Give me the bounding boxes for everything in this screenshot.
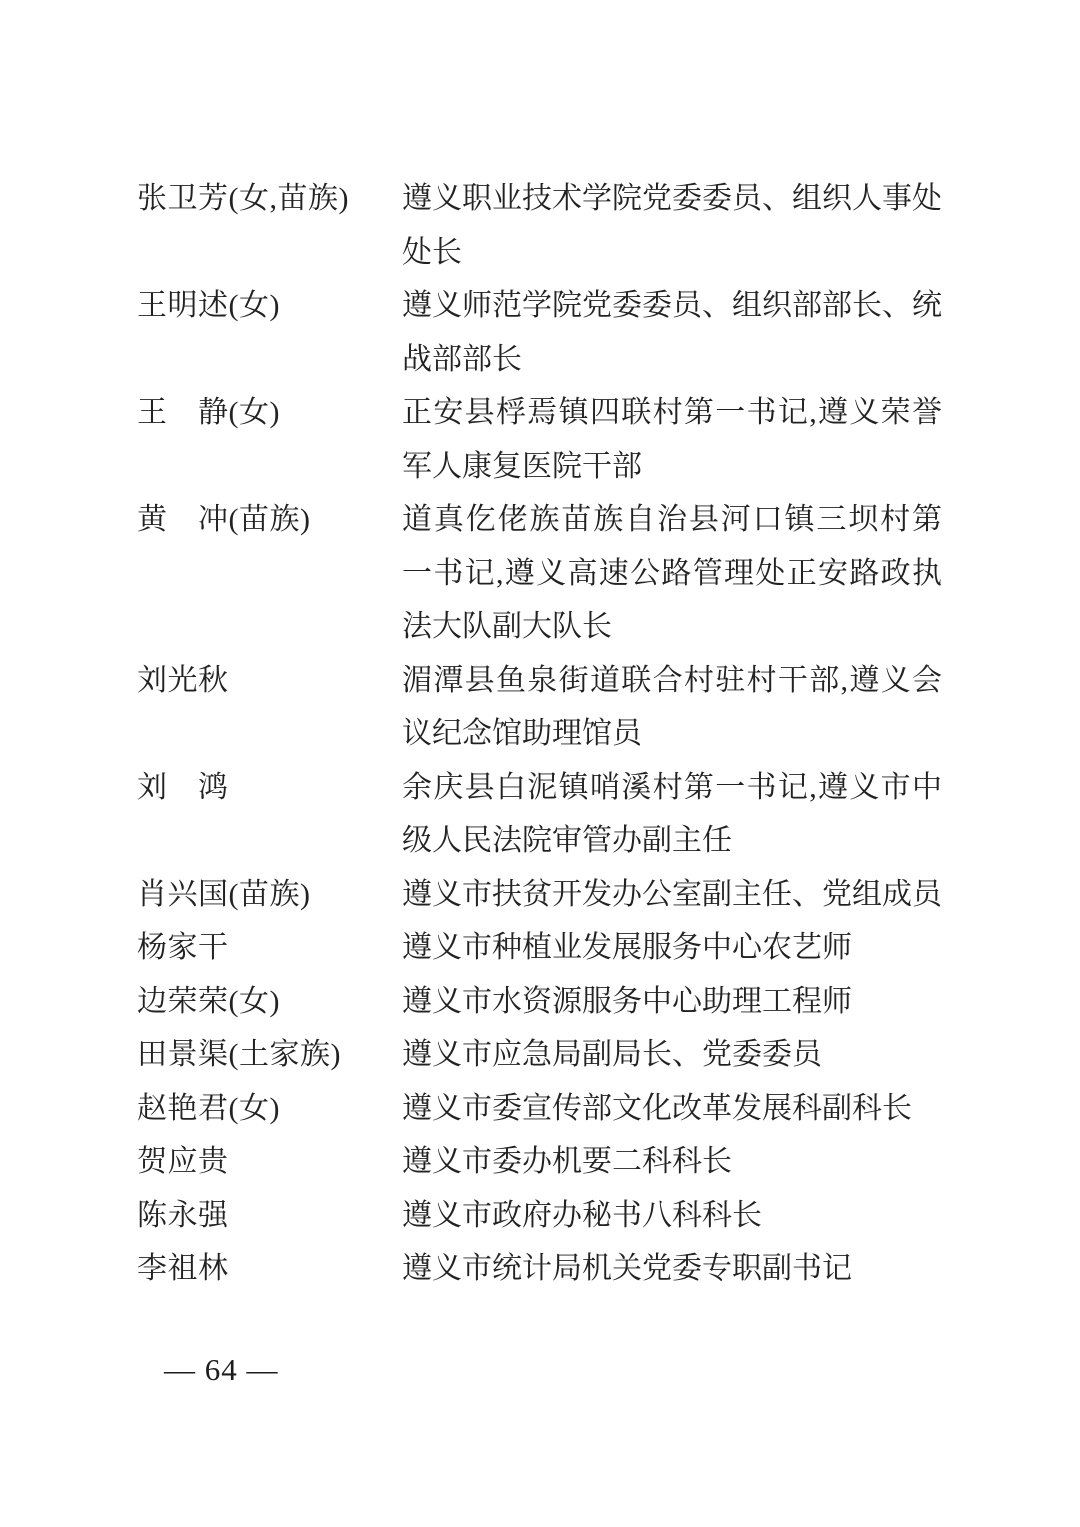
position-line: 道真仡佬族苗族自治县河口镇三坝村第: [402, 493, 942, 547]
person-position: 遵义市应急局副局长、党委委员: [402, 1028, 942, 1082]
person-position: 遵义市统计局机关党委专职副书记: [402, 1242, 942, 1296]
position-line: 遵义市统计局机关党委专职副书记: [402, 1242, 942, 1296]
list-item: 王 静(女) 正安县桴焉镇四联村第一书记,遵义荣誉军人康复医院干部: [137, 386, 943, 493]
person-position: 遵义市委办机要二科科长: [402, 1135, 942, 1189]
person-position: 遵义职业技术学院党委委员、组织人事处处长: [402, 172, 942, 279]
person-name: 赵艳君(女): [137, 1082, 402, 1136]
honoree-list: 张卫芳(女,苗族) 遵义职业技术学院党委委员、组织人事处处长 王明述(女) 遵义…: [137, 172, 943, 1296]
position-line: 遵义市应急局副局长、党委委员: [402, 1028, 942, 1082]
position-line: 遵义市委办机要二科科长: [402, 1135, 942, 1189]
person-name: 刘光秋: [137, 654, 402, 708]
list-item: 赵艳君(女) 遵义市委宣传部文化改革发展科副科长: [137, 1082, 943, 1136]
list-item: 边荣荣(女) 遵义市水资源服务中心助理工程师: [137, 975, 943, 1029]
person-name: 王 静(女): [137, 386, 402, 440]
person-position: 正安县桴焉镇四联村第一书记,遵义荣誉军人康复医院干部: [402, 386, 942, 493]
position-line: 遵义职业技术学院党委委员、组织人事处: [402, 172, 942, 226]
document-page: 张卫芳(女,苗族) 遵义职业技术学院党委委员、组织人事处处长 王明述(女) 遵义…: [137, 172, 943, 1388]
person-position: 余庆县白泥镇哨溪村第一书记,遵义市中级人民法院审管办副主任: [402, 761, 942, 868]
position-line: 遵义市种植业发展服务中心农艺师: [402, 921, 942, 975]
position-line: 遵义市政府办秘书八科科长: [402, 1189, 942, 1243]
position-line: 余庆县白泥镇哨溪村第一书记,遵义市中: [402, 761, 942, 815]
position-line: 遵义市委宣传部文化改革发展科副科长: [402, 1082, 942, 1136]
position-line: 湄潭县鱼泉街道联合村驻村干部,遵义会: [402, 654, 942, 708]
person-name: 陈永强: [137, 1189, 402, 1243]
person-name: 贺应贵: [137, 1135, 402, 1189]
person-name: 刘 鸿: [137, 761, 402, 815]
page-number: — 64 —: [164, 1352, 279, 1387]
person-position: 遵义市水资源服务中心助理工程师: [402, 975, 942, 1029]
position-line: 遵义市水资源服务中心助理工程师: [402, 975, 942, 1029]
position-line: 处长: [402, 226, 942, 280]
person-position: 遵义市种植业发展服务中心农艺师: [402, 921, 942, 975]
list-item: 黄 冲(苗族) 道真仡佬族苗族自治县河口镇三坝村第一书记,遵义高速公路管理处正安…: [137, 493, 943, 654]
person-position: 遵义市政府办秘书八科科长: [402, 1189, 942, 1243]
position-line: 议纪念馆助理馆员: [402, 707, 942, 761]
person-position: 湄潭县鱼泉街道联合村驻村干部,遵义会议纪念馆助理馆员: [402, 654, 942, 761]
position-line: 级人民法院审管办副主任: [402, 814, 942, 868]
person-position: 遵义市委宣传部文化改革发展科副科长: [402, 1082, 942, 1136]
person-name: 边荣荣(女): [137, 975, 402, 1029]
position-line: 正安县桴焉镇四联村第一书记,遵义荣誉: [402, 386, 942, 440]
position-line: 遵义市扶贫开发办公室副主任、党组成员: [402, 868, 942, 922]
list-item: 刘光秋 湄潭县鱼泉街道联合村驻村干部,遵义会议纪念馆助理馆员: [137, 654, 943, 761]
list-item: 刘 鸿 余庆县白泥镇哨溪村第一书记,遵义市中级人民法院审管办副主任: [137, 761, 943, 868]
person-name: 王明述(女): [137, 279, 402, 333]
position-line: 战部部长: [402, 333, 942, 387]
position-line: 军人康复医院干部: [402, 440, 942, 494]
person-position: 遵义市扶贫开发办公室副主任、党组成员: [402, 868, 942, 922]
page-footer: — 64 —: [137, 1352, 943, 1388]
person-name: 杨家干: [137, 921, 402, 975]
person-name: 黄 冲(苗族): [137, 493, 402, 547]
list-item: 贺应贵 遵义市委办机要二科科长: [137, 1135, 943, 1189]
list-item: 张卫芳(女,苗族) 遵义职业技术学院党委委员、组织人事处处长: [137, 172, 943, 279]
position-line: 一书记,遵义高速公路管理处正安路政执: [402, 547, 942, 601]
person-name: 张卫芳(女,苗族): [137, 172, 402, 226]
list-item: 李祖林 遵义市统计局机关党委专职副书记: [137, 1242, 943, 1296]
person-name: 田景渠(土家族): [137, 1028, 402, 1082]
position-line: 遵义师范学院党委委员、组织部部长、统: [402, 279, 942, 333]
list-item: 陈永强 遵义市政府办秘书八科科长: [137, 1189, 943, 1243]
person-name: 李祖林: [137, 1242, 402, 1296]
person-name: 肖兴国(苗族): [137, 868, 402, 922]
list-item: 肖兴国(苗族) 遵义市扶贫开发办公室副主任、党组成员: [137, 868, 943, 922]
list-item: 田景渠(土家族) 遵义市应急局副局长、党委委员: [137, 1028, 943, 1082]
person-position: 道真仡佬族苗族自治县河口镇三坝村第一书记,遵义高速公路管理处正安路政执法大队副大…: [402, 493, 942, 654]
person-position: 遵义师范学院党委委员、组织部部长、统战部部长: [402, 279, 942, 386]
list-item: 王明述(女) 遵义师范学院党委委员、组织部部长、统战部部长: [137, 279, 943, 386]
position-line: 法大队副大队长: [402, 600, 942, 654]
list-item: 杨家干 遵义市种植业发展服务中心农艺师: [137, 921, 943, 975]
